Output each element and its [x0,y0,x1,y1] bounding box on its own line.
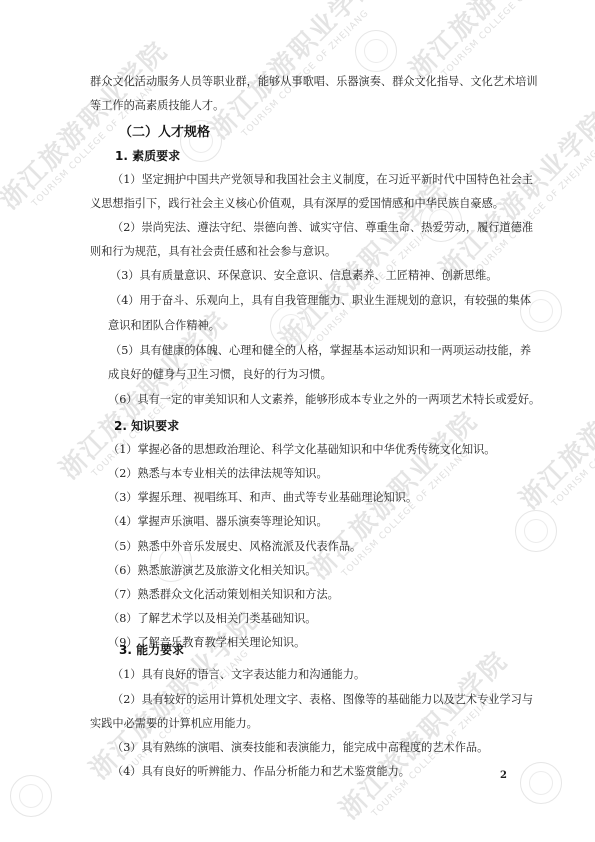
knowledge-item-4: （4）掌握声乐演唱、器乐演奏等理论知识。 [108,515,328,529]
seal-icon [10,775,52,817]
seal-icon [355,30,397,72]
ability-item-4: （4）具有良好的听辨能力、作品分析能力和艺术鉴赏能力。 [112,765,410,779]
quality-item-4-line-2: 意识和团队合作精神。 [108,319,220,333]
seal-icon [270,305,312,347]
knowledge-item-8: （8）了解艺术学以及相关门类基础知识。 [108,612,317,626]
ability-item-3: （3）具有熟练的演唱、演奏技能和表演能力，能完成中高程度的艺术作品。 [112,741,488,755]
knowledge-item-3: （3）掌握乐理、视唱练耳、和声、曲式等专业基础理论知识。 [108,491,417,505]
quality-item-5-line-1: （5）具有健康的体魄、心理和健全的人格，掌握基本运动知识和一两项运动技能，养 [110,344,531,358]
quality-heading: 1. 素质要求 [115,147,180,164]
knowledge-item-5: （5）熟悉中外音乐发展史、风格流派及代表作品。 [108,540,361,554]
ability-item-2-line-2: 实践中必需要的计算机应用能力。 [90,717,258,731]
quality-item-5-line-2: 成良好的健身与卫生习惯，良好的行为习惯。 [108,368,332,382]
seal-icon [515,510,557,552]
knowledge-item-2: （2）熟悉与本专业相关的法律法规等知识。 [108,467,328,481]
quality-item-6: （6）具有一定的审美知识和人文素养，能够形成本专业之外的一两项艺术特长或爱好。 [108,393,540,407]
knowledge-heading: 2. 知识要求 [114,417,179,434]
watermark: 浙江旅游职业学院TOURISM COLLEGE OF ZHEJIANG [510,332,595,524]
quality-item-1-line-2: 义思想指引下，践行社会主义核心价值观，具有深厚的爱国情感和中华民族自豪感。 [90,197,504,211]
knowledge-item-1: （1）掌握必备的思想政治理论、科学文化基础知识和中华优秀传统文化知识。 [108,443,496,457]
document-page: 浙江旅游职业学院TOURISM COLLEGE OF ZHEJIANG 浙江旅游… [0,0,595,842]
ability-item-1: （1）具有良好的语言、文字表达能力和沟通能力。 [112,668,365,682]
intro-line-2: 等工作的高素质技能人才。 [90,99,224,113]
quality-item-2-line-1: （2）崇尚宪法、遵法守纪、崇德向善、诚实守信、尊重生命、热爱劳动，履行道德准 [112,221,533,235]
page-number: 2 [500,770,507,781]
quality-item-2-line-2: 则和行为规范，具有社会责任感和社会参与意识。 [90,245,336,259]
knowledge-item-6: （6）熟悉旅游演艺及旅游文化相关知识。 [108,564,317,578]
quality-item-1-line-1: （1）坚定拥护中国共产党领导和我国社会主义制度，在习近平新时代中国特色社会主 [112,173,533,187]
seal-icon [520,762,562,804]
quality-item-3: （3）具有质量意识、环保意识、安全意识、信息素养、工匠精神、创新思维。 [110,269,498,283]
section-heading: （二）人才规格 [119,121,210,140]
knowledge-item-7: （7）熟悉群众文化活动策划相关知识和方法。 [108,588,339,602]
intro-line-1: 群众文化活动服务人员等职业群，能够从事歌唱、乐器演奏、群众文化指导、文化艺术培训 [90,75,538,89]
ability-heading: 3. 能力要求 [119,641,184,658]
quality-item-4-line-1: （4）用于奋斗、乐观向上，具有自我管理能力、职业生涯规划的意识，有较强的集体 [110,294,531,308]
ability-item-2-line-1: （2）具有较好的运用计算机处理文字、表格、图像等的基础能力以及艺术专业学习与 [112,693,533,707]
